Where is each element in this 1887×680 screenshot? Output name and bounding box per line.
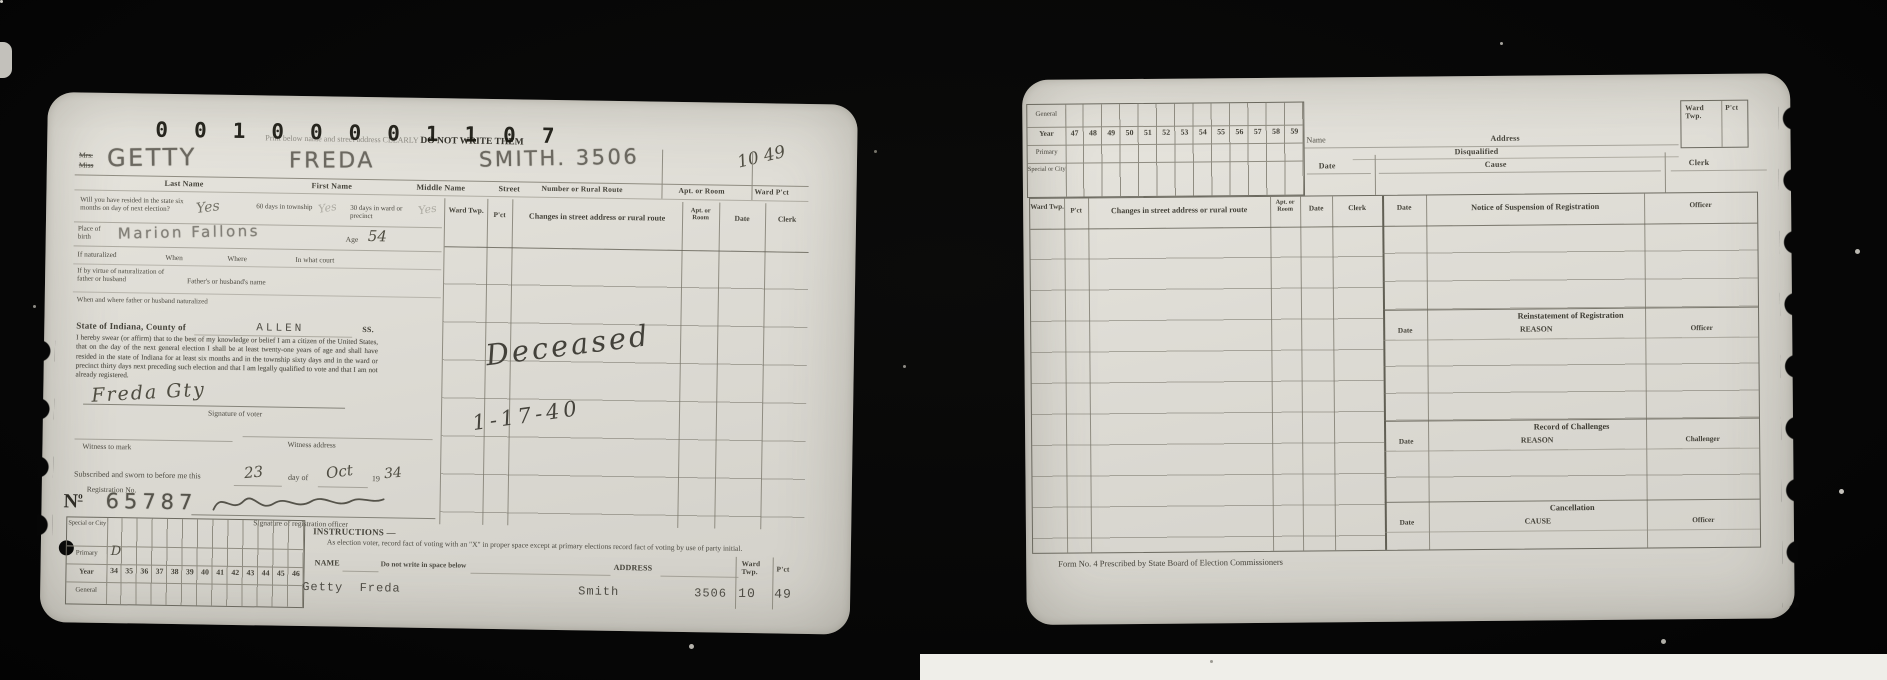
sworn-text: Subscribed and sworn to before me this xyxy=(74,469,201,481)
back-hdr-rule xyxy=(1671,170,1767,172)
hdr-suspension-title: Notice of Suspension of Registration xyxy=(1426,202,1644,213)
instr-center-label: Do not write in space below xyxy=(381,560,467,570)
grid-year-cols xyxy=(106,518,304,607)
back-date-label: Date xyxy=(1319,161,1336,170)
question-30-days: 30 days in ward or precinct xyxy=(350,204,420,222)
court-label: In what court xyxy=(295,256,334,265)
year-cell: 49 xyxy=(1102,129,1120,138)
typed-address: Smith xyxy=(578,584,619,599)
name-col-rule xyxy=(751,151,753,200)
year-cell: 41 xyxy=(212,569,227,578)
question-resided: Will you have resided in the state six m… xyxy=(80,196,192,215)
voter-signature-label: Signature of voter xyxy=(208,409,262,419)
film-dust xyxy=(0,0,3,3)
row-label-general: General xyxy=(66,586,106,594)
year-cell: 34 xyxy=(106,567,121,576)
witness-address-rule xyxy=(243,436,433,440)
row-label-year: Year xyxy=(66,567,106,576)
challenges-title: Record of Challenges xyxy=(1384,421,1759,433)
registration-card-back: General Year Primary Special or City 47 … xyxy=(1022,73,1795,625)
microfilm-scan: { "scan": { "stamp_number": "00100001107… xyxy=(0,0,1887,680)
answer-30-days: Yes xyxy=(417,202,437,218)
registration-no-symbol: No xyxy=(63,490,82,513)
header-changes: Changes in street address or rural route xyxy=(512,211,682,223)
when-where-label: When and where father or husband natural… xyxy=(77,295,227,306)
year-cell: 43 xyxy=(243,569,258,578)
header-date: Date xyxy=(719,215,765,224)
registration-number: 65787 xyxy=(105,489,197,514)
instr-pct-label: P'ct xyxy=(777,566,790,575)
instr-col-rule xyxy=(735,557,737,609)
instr-rule xyxy=(660,576,738,578)
year-cell: 50 xyxy=(1120,129,1138,138)
prefix-mrs: Mrs. xyxy=(79,150,93,159)
header-apt-room: Apt. or Room xyxy=(682,207,719,223)
no-symbol-n: N xyxy=(63,490,78,512)
stamped-serial-number: 00100001107 xyxy=(155,118,580,149)
pct-label: P'ct xyxy=(1725,104,1738,113)
label-ward-pct: Ward P'ct xyxy=(754,188,789,197)
year-cell: 46 xyxy=(288,570,303,579)
year-cell: 40 xyxy=(197,568,212,577)
year-cell: 52 xyxy=(1157,129,1175,138)
reinstatement-rows xyxy=(1383,337,1759,421)
hdr-apt: Apt. or Room xyxy=(1270,199,1300,214)
hdr-susp-date: Date xyxy=(1382,203,1426,212)
answer-60-days: Yes xyxy=(317,200,337,216)
instr-address-label: ADDRESS xyxy=(614,563,653,573)
header-clerk: Clerk xyxy=(765,215,809,224)
year-cell: 44 xyxy=(258,569,273,578)
year-cell: 51 xyxy=(1139,129,1157,138)
year-cell: 47 xyxy=(1065,129,1083,138)
header-ward-twp: Ward Twp. xyxy=(445,206,487,215)
year-cell: 58 xyxy=(1267,128,1285,137)
virtue-label: If by virtue of naturalization of father… xyxy=(77,266,179,284)
naturalized-label: If naturalized xyxy=(77,250,116,259)
label-last-name: Last Name xyxy=(165,179,204,189)
voting-record-grid-back: General Year Primary Special or City 47 … xyxy=(1026,102,1305,198)
typed-pct: 49 xyxy=(774,586,792,601)
back-disq-rule xyxy=(1353,156,1679,160)
row-label-special: Special or City xyxy=(67,519,107,527)
sworn-month-rule xyxy=(318,486,368,488)
no-symbol-o: o xyxy=(78,491,83,502)
question-rule xyxy=(74,245,442,252)
back-ward-pct-box: Ward Twp. P'ct xyxy=(1680,100,1748,149)
instr-ward-label: Ward Twp. xyxy=(741,560,771,577)
back-name-label: Name xyxy=(1306,135,1325,145)
answer-resided: Yes xyxy=(195,198,220,217)
reinstatement-officer: Officer xyxy=(1645,324,1758,333)
ward-pct-divider xyxy=(1721,101,1722,147)
film-edge-scallops-left xyxy=(36,322,55,572)
sworn-month: Oct xyxy=(325,461,354,482)
sworn-day-rule xyxy=(234,485,282,487)
birth-value: Marion Fallons xyxy=(118,222,261,243)
written-first-name: FREDA xyxy=(289,148,375,173)
label-middle-name: Middle Name xyxy=(416,183,465,193)
year-cell: 55 xyxy=(1212,128,1230,137)
year-cell: 45 xyxy=(273,570,288,579)
oath-county: ALLEN xyxy=(256,322,304,335)
back-hdr-col xyxy=(1665,152,1666,192)
where-label: Where xyxy=(227,255,247,264)
primary-party-mark: D xyxy=(111,544,122,559)
typed-ward: 10 xyxy=(738,586,756,601)
age-value: 54 xyxy=(368,227,387,245)
back-disqualified-label: Disqualified xyxy=(1455,147,1499,157)
back-hdr-rule xyxy=(1379,170,1661,173)
year-cell: 35 xyxy=(122,567,137,576)
film-edge-scallops-right xyxy=(1778,87,1799,607)
cancellation-officer: Officer xyxy=(1647,516,1760,525)
hdr-clerk: Clerk xyxy=(1332,204,1382,213)
back-clerk-label: Clerk xyxy=(1689,158,1710,167)
table-rows xyxy=(440,246,808,530)
when-label: When xyxy=(165,254,183,263)
back-hdr-col xyxy=(1375,155,1376,195)
instr-rule xyxy=(343,571,379,573)
challenges-challenger: Challenger xyxy=(1646,435,1759,444)
year-cell: 42 xyxy=(228,569,243,578)
challenges-date: Date xyxy=(1384,437,1428,446)
cancellation-title: Cancellation xyxy=(1385,502,1760,514)
registration-officer-signature-scribble xyxy=(209,489,389,518)
voter-signature: Freda Gty xyxy=(91,379,207,407)
row-label-year: Year xyxy=(1027,130,1065,139)
row-label-special: Special or City xyxy=(1028,166,1066,174)
typed-name: Getty Freda xyxy=(302,580,401,596)
section-label-rule xyxy=(1385,529,1760,533)
instr-col-rule xyxy=(772,557,774,609)
instructions-block: INSTRUCTIONS — As election voter, record… xyxy=(302,524,803,630)
form-footer: Form No. 4 Prescribed by State Board of … xyxy=(1058,557,1283,569)
challenges-rows xyxy=(1384,448,1759,502)
label-number-rural: Number or Rural Route xyxy=(541,185,622,195)
row-label-primary: Primary xyxy=(1028,149,1066,157)
name-col-rule xyxy=(661,150,663,199)
reinstatement-title: Reinstatement of Registration xyxy=(1383,310,1758,322)
year-cell: 53 xyxy=(1175,129,1193,138)
written-street: SMITH. 3506 xyxy=(479,145,640,172)
voting-record-grid: Special or City Primary Year General D 3… xyxy=(65,516,305,608)
instr-name-label: NAME xyxy=(315,558,340,568)
year-cell: 38 xyxy=(167,568,182,577)
row-label-primary: Primary xyxy=(67,549,107,557)
film-blob xyxy=(0,42,12,78)
year-cell: 56 xyxy=(1230,128,1248,137)
year-cell: 48 xyxy=(1084,129,1102,138)
film-white-strip xyxy=(920,654,1887,680)
ward-twp-label: Ward Twp. xyxy=(1685,104,1717,121)
prefix-miss: Miss xyxy=(79,160,94,169)
question-60-days: 60 days in township xyxy=(256,202,318,211)
birth-label: Place of birth xyxy=(78,224,114,241)
reinstatement-date: Date xyxy=(1383,326,1427,335)
hdr-changes: Changes in street address or rural route xyxy=(1088,205,1270,216)
year-cell: 36 xyxy=(137,567,152,576)
cancellation-date: Date xyxy=(1385,518,1429,527)
instructions-body: As election voter, record fact of voting… xyxy=(327,537,757,553)
label-apt-room: Apt. or Room xyxy=(678,187,724,196)
sworn-dayof: day of xyxy=(288,473,308,483)
header-pct: P'ct xyxy=(487,211,512,220)
back-hdr-rule xyxy=(1307,173,1371,175)
hdr-pct: P'ct xyxy=(1064,206,1088,214)
written-last-name: GETTY xyxy=(107,143,197,172)
instr-rule xyxy=(470,573,610,576)
father-name-label: Father's or husband's name xyxy=(187,277,266,287)
oath-ss: SS. xyxy=(362,325,374,334)
sworn-day: 23 xyxy=(243,462,264,482)
instructions-title: INSTRUCTIONS — xyxy=(313,526,396,538)
changes-table: Ward Twp. P'ct Changes in street address… xyxy=(439,198,809,530)
oath-state-line: State of Indiana, County of xyxy=(76,320,186,332)
year-cell: 59 xyxy=(1285,128,1303,137)
year-cell: 57 xyxy=(1249,128,1267,137)
hdr-susp-officer: Officer xyxy=(1644,201,1757,210)
cancellation-cause: CAUSE xyxy=(1429,517,1647,528)
hdr-date: Date xyxy=(1300,204,1332,213)
year-cell: 37 xyxy=(152,568,167,577)
witness-address-label: Witness address xyxy=(287,440,335,450)
back-cause-label: Cause xyxy=(1485,160,1507,169)
row-label-general: General xyxy=(1027,111,1065,119)
hdr-ward: Ward Twp. xyxy=(1030,203,1064,211)
reinstatement-reason: REASON xyxy=(1427,325,1645,336)
age-label: Age xyxy=(346,235,359,244)
sworn-19: 19 xyxy=(372,474,380,484)
oath-body: I hereby swear (or affirm) that to the b… xyxy=(75,333,378,385)
year-cell: 39 xyxy=(182,568,197,577)
typed-number: 3506 xyxy=(694,586,727,601)
sworn-year: 34 xyxy=(383,465,402,483)
label-street: Street xyxy=(498,184,520,194)
written-ward-pct: 10 49 xyxy=(735,142,787,173)
year-cell: 54 xyxy=(1194,128,1212,137)
registration-card-front: Print below name and street address CLEA… xyxy=(40,92,858,635)
back-address-label: Address xyxy=(1490,134,1519,143)
challenges-reason: REASON xyxy=(1428,436,1646,447)
left-rows xyxy=(1030,226,1385,553)
grid-year-cols xyxy=(1065,103,1304,197)
label-first-name: First Name xyxy=(311,181,352,191)
witness-label: Witness to mark xyxy=(82,442,131,452)
back-table: Ward Twp. P'ct Changes in street address… xyxy=(1029,192,1761,554)
suspension-rows xyxy=(1382,223,1758,310)
